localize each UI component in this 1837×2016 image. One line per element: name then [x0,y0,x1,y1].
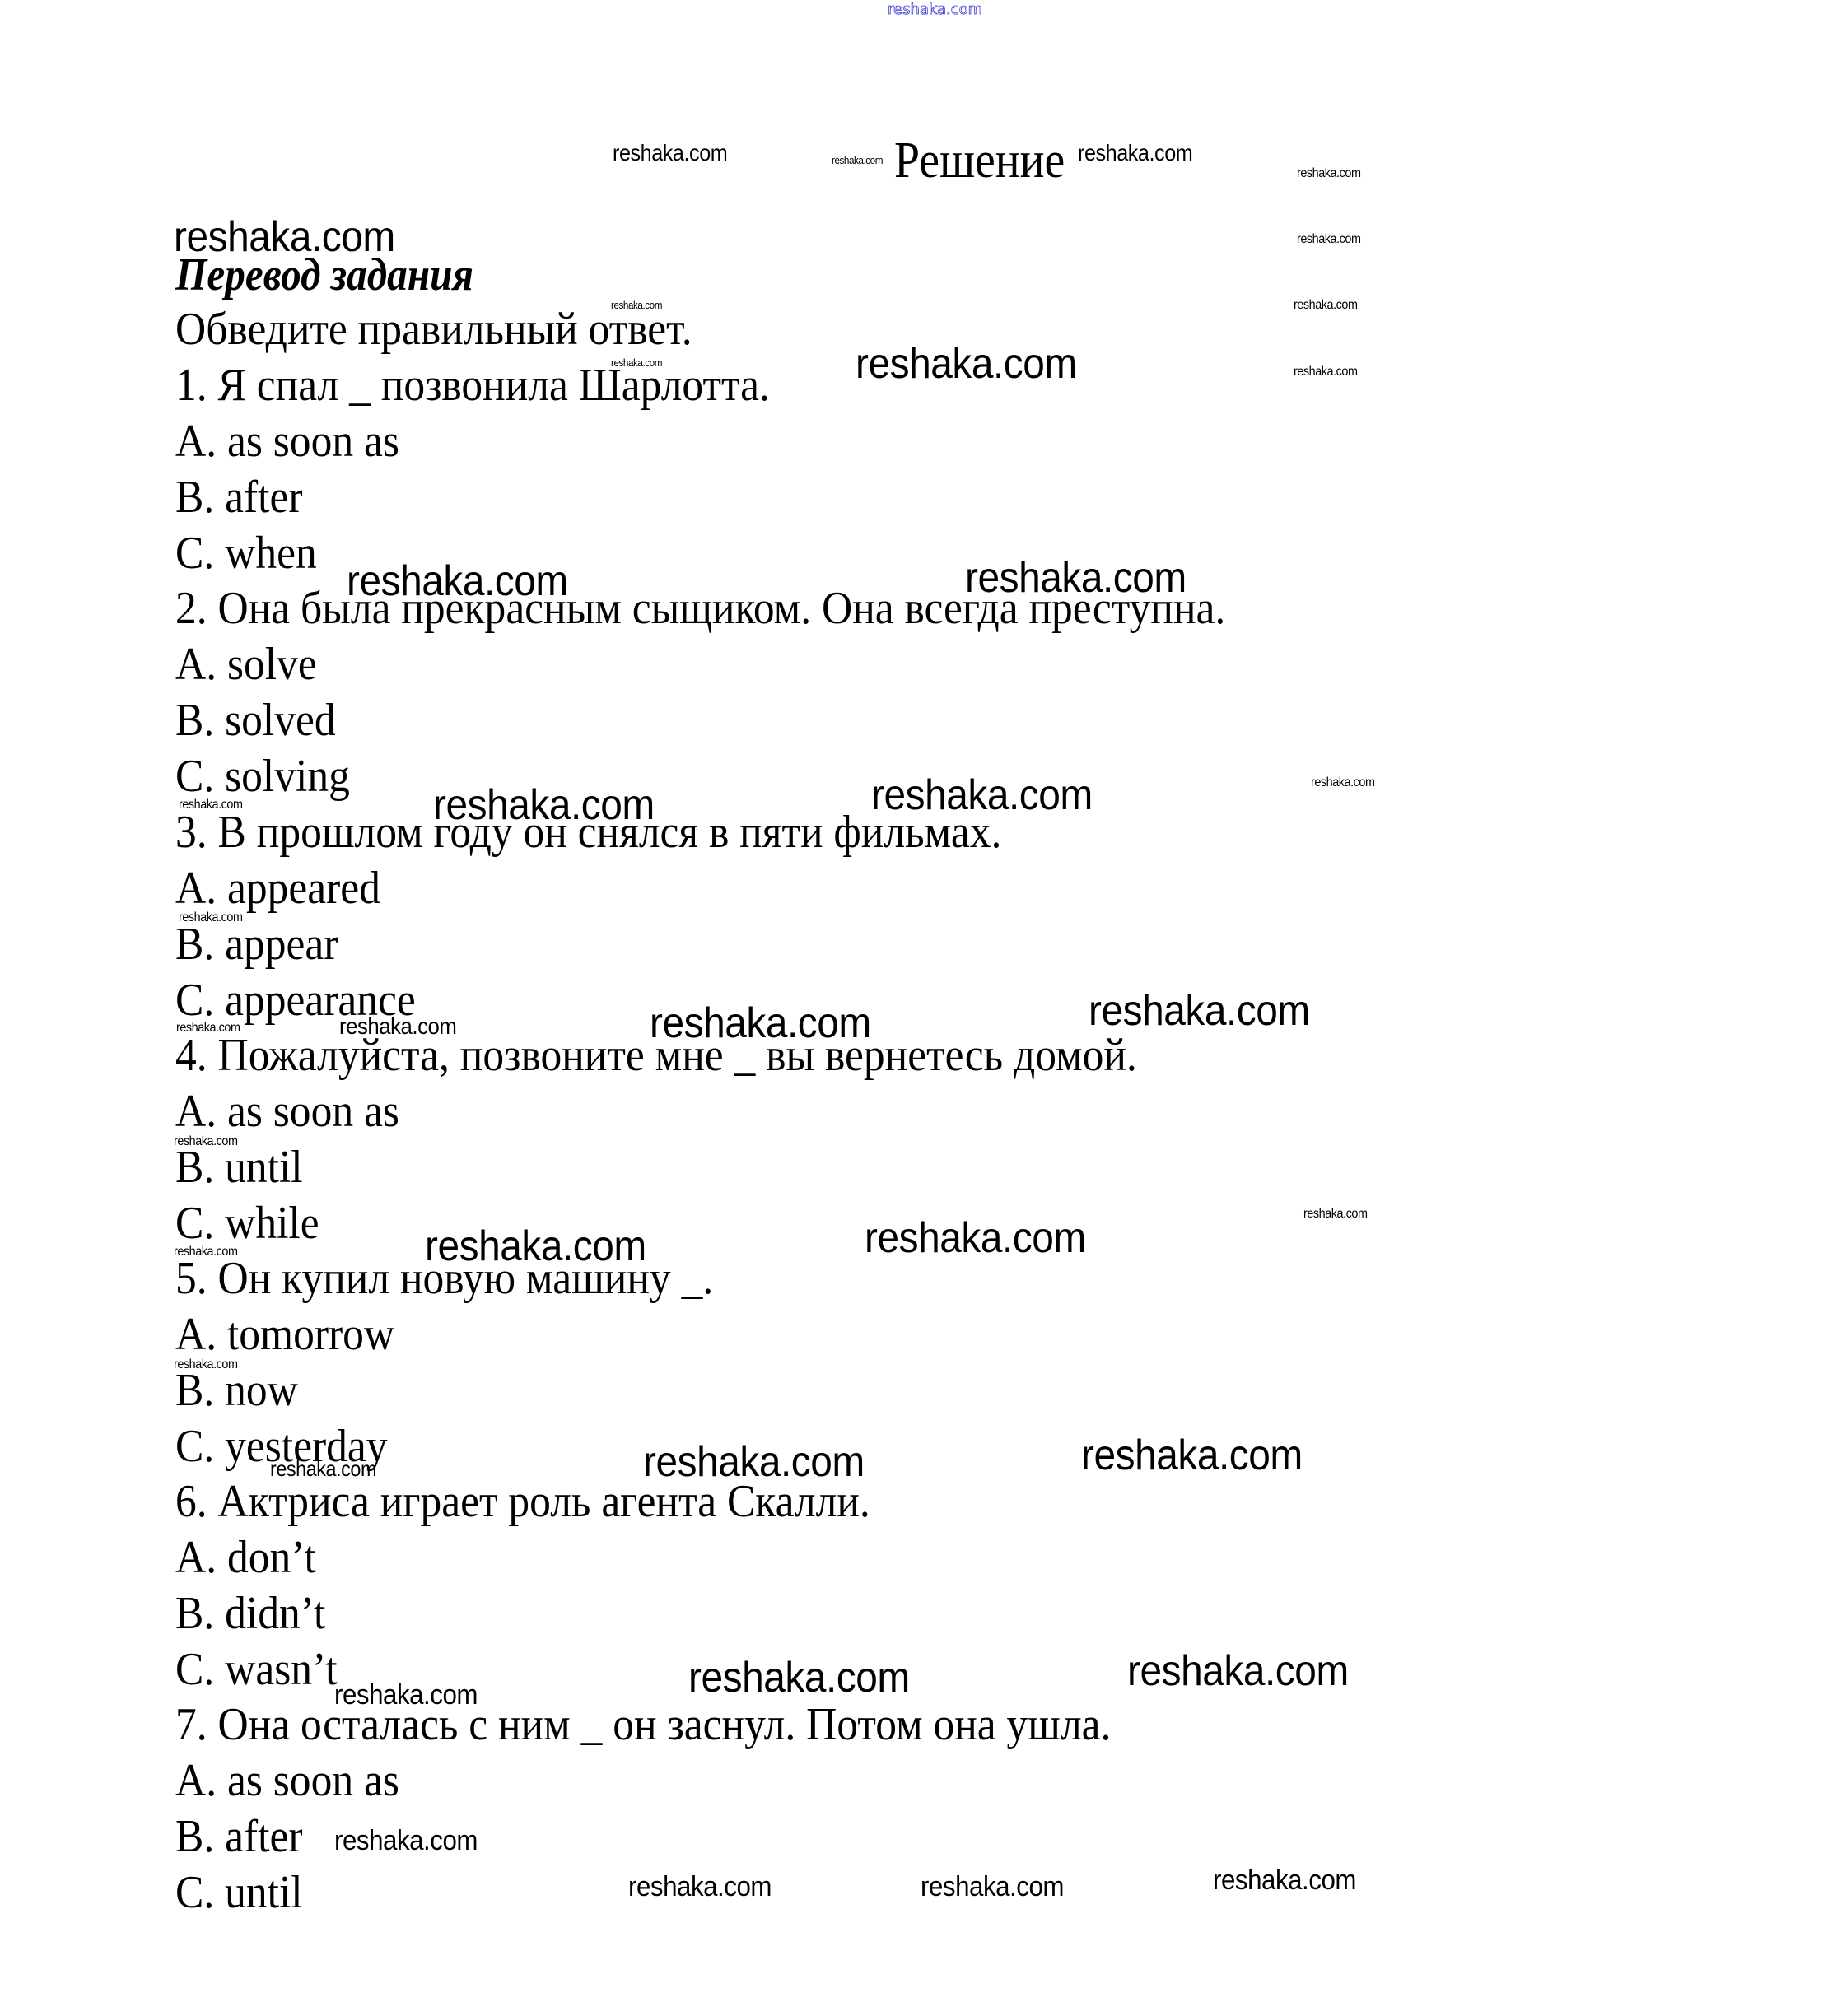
question-4: 4. Пожалуйста, позвоните мне _ вы вернет… [175,1029,1137,1082]
option-4c: C. while [175,1197,319,1250]
option-1b: B. after [175,471,302,524]
option-2a: A. solve [175,638,317,691]
option-7a: A. as soon as [175,1754,399,1807]
watermark: reshaka.com [1294,298,1357,313]
option-6c: C. wasn’t [175,1643,338,1696]
watermark: reshaka.com [1294,365,1357,379]
watermark: reshaka.com [921,1871,1064,1902]
section-heading: Перевод задания [175,249,473,301]
option-2c: C. solving [175,750,350,803]
option-3b: B. appear [175,918,338,971]
option-6b: B. didn’t [175,1587,325,1640]
watermark: reshaka.com [347,558,568,604]
watermark: reshaka.com [1303,1207,1367,1222]
watermark: reshaka.com [1311,775,1374,790]
watermark: reshaka.com [1297,166,1360,181]
instruction: Обведите правильный ответ. [175,303,692,356]
option-4b: B. until [175,1141,303,1194]
watermark: reshaka.com [865,1215,1086,1261]
watermark: reshaka.com [1127,1648,1349,1694]
document-page: reshaka.com reshaka.com reshaka.com Реше… [0,0,1837,2016]
option-2b: B. solved [175,694,336,747]
watermark: reshaka.com [1089,988,1310,1034]
page-title: Решение [894,132,1065,189]
watermark: reshaka.com [965,555,1187,601]
watermark: reshaka.com [1078,140,1192,166]
watermark: reshaka.com [613,140,727,166]
option-1a: A. as soon as [175,415,399,468]
option-1c: C. when [175,527,317,580]
watermark: reshaka.com [1081,1432,1303,1478]
option-3a: A. appeared [175,862,380,915]
question-6: 6. Актриса играет роль агента Скалли. [175,1475,870,1528]
question-3: 3. В прошлом году он снялся в пяти фильм… [175,806,1001,859]
watermark: reshaka.com [856,341,1077,387]
option-7c: C. until [175,1866,303,1919]
watermark: reshaka.com [1213,1865,1356,1896]
watermark: reshaka.com [832,153,883,168]
option-4a: A. as soon as [175,1085,399,1138]
watermark: reshaka.com [334,1825,478,1856]
top-watermark: reshaka.com [888,1,982,18]
option-6a: A. don’t [175,1531,316,1584]
question-1: 1. Я спал _ позвонила Шарлотта. [175,359,770,412]
question-7: 7. Она осталась с ним _ он заснул. Потом… [175,1698,1111,1751]
option-5a: A. tomorrow [175,1308,394,1361]
question-5: 5. Он купил новую машину _. [175,1252,713,1305]
option-7b: B. after [175,1810,302,1863]
watermark: reshaka.com [1297,232,1360,247]
watermark: reshaka.com [628,1871,772,1902]
option-5b: B. now [175,1364,298,1417]
watermark: reshaka.com [688,1655,910,1701]
